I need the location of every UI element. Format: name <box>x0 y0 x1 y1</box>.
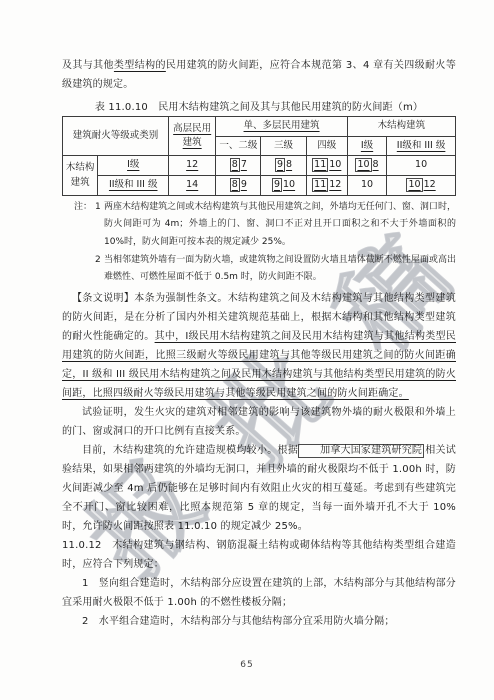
note-1-number: 1 <box>95 199 101 217</box>
row1-cell-1: 87 <box>216 156 261 176</box>
explanation-paragraph: 【条文说明】本条为强制性条文。木结构建筑之间及木结构建筑与其他结构类型建筑的防火… <box>62 289 456 403</box>
clause-item-2: 2 水平组合建造时，木结构部分与其他结构部分宜采用防火墙分隔； <box>62 612 456 631</box>
table-title: 表 11.0.10 民用木结构建筑之间及其与其他民用建筑的防火间距（m） <box>62 98 456 113</box>
row2-cell-1: 89 <box>216 176 261 196</box>
page-number: 65 <box>0 660 494 670</box>
intro-paragraph: 及其与其他类型结构的民用建筑的防火间距，应符合本规范第 3、4 章有关四级耐火等… <box>62 56 456 94</box>
row2-cell-2: 910 <box>261 176 306 196</box>
header-wood-grade-1: I级 <box>347 136 386 156</box>
row2-grade: II级和 III 级 <box>98 176 169 196</box>
note-1-text: 两座木结构建筑之间或木结构建筑与其他民用建筑之间，外墙均无任何门、窗、洞口时，防… <box>104 202 456 247</box>
header-category: 建筑耐火等级或类别 <box>63 117 169 156</box>
document-page: 报 批 稿 及其与其他类型结构的民用建筑的防火间距，应符合本规范第 3、4 章有… <box>0 0 494 700</box>
row2-cell-5: 1012 <box>387 176 456 196</box>
row2-cell-4: 10 <box>347 176 386 196</box>
fire-separation-table: 建筑耐火等级或类别 高层民用建筑 单、多层民用建筑 木结构建筑 一、二级 三级 … <box>62 116 456 196</box>
row1-cell-4: 108 <box>347 156 386 176</box>
header-grade-1-2: 一、二级 <box>216 136 261 156</box>
note-2: 2 当相邻建筑外墙有一面为防火墙，或建筑物之间设置防火墙且墙体截断不燃性屋面或高… <box>62 252 456 287</box>
note-label: 注： <box>74 199 92 217</box>
test-paragraph: 试验证明，发生火灾的建筑对相邻建筑的影响与该建筑物外墙的耐火极限和外墙上的门、窗… <box>62 403 456 441</box>
row2-cell-3: 1112 <box>306 176 347 196</box>
row-group-label: 木结构建筑 <box>63 156 98 195</box>
note-1: 注： 1 两座木结构建筑之间或木结构建筑与其他民用建筑之间，外墙均无任何门、窗、… <box>62 199 456 252</box>
header-grade-4: 四级 <box>306 136 347 156</box>
row2-highrise: 14 <box>169 176 216 196</box>
row1-cell-5: 10 <box>387 156 456 176</box>
clause-11-0-12: 11.0.12 木结构建筑与钢结构、钢筋混凝土结构或砌体结构等其他结构类型组合建… <box>62 536 456 574</box>
page-content: 及其与其他类型结构的民用建筑的防火间距，应符合本规范第 3、4 章有关四级耐火等… <box>62 56 456 631</box>
clause-item-1: 1 竖向组合建造时，木结构部分应设置在建筑的上部，木结构部分与其他结构部分宜采用… <box>62 574 456 612</box>
header-single-multi: 单、多层民用建筑 <box>216 117 348 137</box>
header-highrise: 高层民用建筑 <box>169 117 216 156</box>
current-paragraph: 目前，木结构建筑的允许建造规模均较小。根据加拿大国家建筑研究院相关试验结果，如果… <box>62 441 456 536</box>
note-2-text: 当相邻建筑外墙有一面为防火墙，或建筑物之间设置防火墙且墙体截断不燃性屋面或高出难… <box>104 255 456 283</box>
row1-grade: I级 <box>98 156 169 176</box>
header-grade-3: 三级 <box>261 136 306 156</box>
header-wood: 木结构建筑 <box>347 117 455 137</box>
row1-cell-3: 1110 <box>306 156 347 176</box>
header-wood-grade-2-3: II级和 III 级 <box>387 136 456 156</box>
row1-highrise: 12 <box>169 156 216 176</box>
note-2-number: 2 <box>95 252 101 270</box>
row1-cell-2: 98 <box>261 156 306 176</box>
table-notes: 注： 1 两座木结构建筑之间或木结构建筑与其他民用建筑之间，外墙均无任何门、窗、… <box>62 199 456 287</box>
